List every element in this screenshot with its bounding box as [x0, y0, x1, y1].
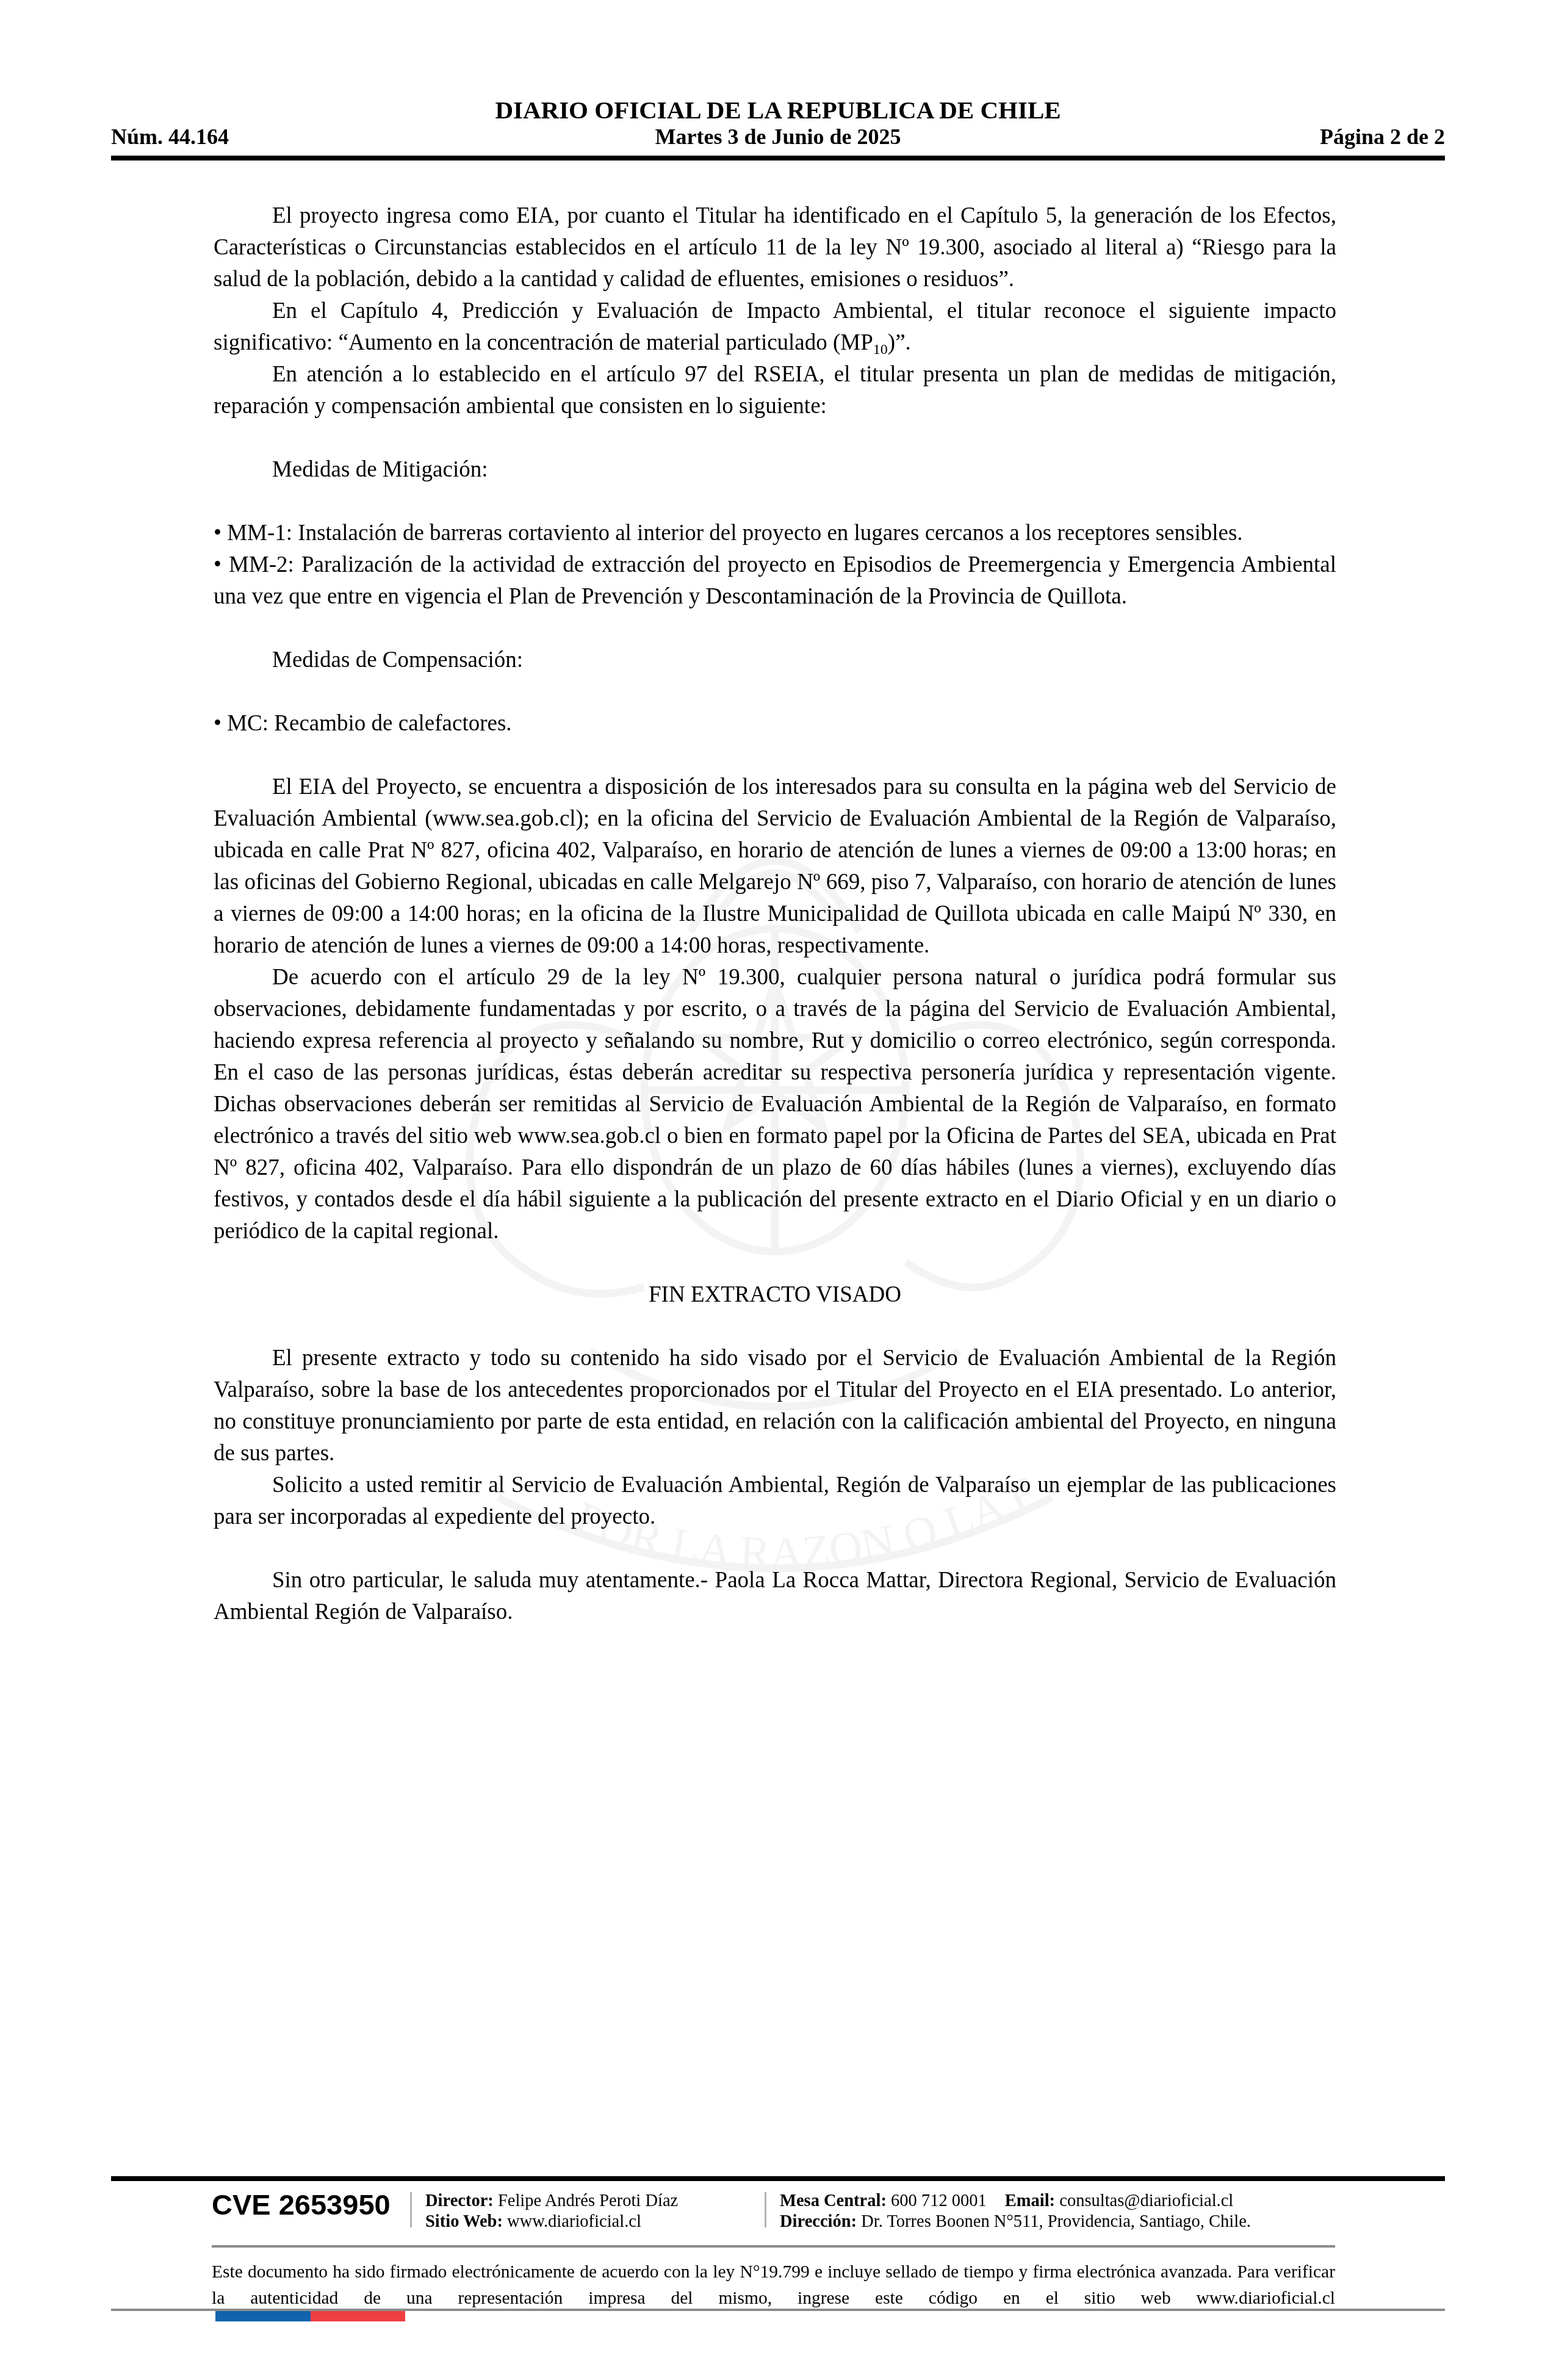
director-name: Felipe Andrés Peroti Díaz	[498, 2191, 678, 2210]
paragraph-impact: En el Capítulo 4, Predicción y Evaluació…	[214, 295, 1336, 359]
masthead-title: DIARIO OFICIAL DE LA REPUBLICA DE CHILE	[111, 96, 1445, 123]
phone-label: Mesa Central:	[780, 2191, 887, 2210]
address-line: Dirección: Dr. Torres Boonen N°511, Prov…	[780, 2212, 1251, 2232]
email-label: Email:	[1005, 2191, 1055, 2210]
fin-extracto-heading: FIN EXTRACTO VISADO	[214, 1279, 1336, 1311]
paragraph-impact-tail: )”.	[888, 330, 911, 355]
cve-number: CVE 2653950	[212, 2188, 391, 2221]
paragraph-plan: En atención a lo establecido en el artíc…	[214, 359, 1336, 422]
paragraph-intro: El proyecto ingresa como EIA, por cuanto…	[214, 200, 1336, 295]
flag-red-segment	[311, 2311, 405, 2321]
bullet-mm1: • MM-1: Instalación de barreras cortavie…	[214, 517, 1336, 549]
flag-blue-segment	[215, 2311, 311, 2321]
director-label: Director:	[425, 2191, 494, 2210]
chile-flag-bar	[215, 2311, 405, 2321]
header-rule	[111, 156, 1445, 160]
mp10-subscript: 10	[873, 342, 888, 358]
footer-rule	[111, 2176, 1445, 2181]
compensation-heading: Medidas de Compensación:	[214, 644, 1336, 676]
address-label: Dirección:	[780, 2212, 857, 2231]
document-body: El proyecto ingresa como EIA, por cuanto…	[214, 200, 1336, 1628]
header-row: Núm. 44.164 Martes 3 de Junio de 2025 Pá…	[111, 124, 1445, 151]
paragraph-observaciones: De acuerdo con el artículo 29 de la ley …	[214, 962, 1336, 1247]
footer-divider-2	[765, 2192, 766, 2227]
mitigation-heading: Medidas de Mitigación:	[214, 454, 1336, 486]
phone-email-line: Mesa Central: 600 712 0001Email: consult…	[780, 2191, 1251, 2212]
address-value: Dr. Torres Boonen N°511, Providencia, Sa…	[861, 2212, 1251, 2231]
bullet-mm2: • MM-2: Paralización de la actividad de …	[214, 549, 1336, 613]
footer-contact-block: Mesa Central: 600 712 0001Email: consult…	[780, 2191, 1251, 2232]
legal-notice: Este documento ha sido firmado electróni…	[212, 2259, 1335, 2312]
gazette-page: POR LA RAZON O LA FUERZA DIARIO OFICIAL …	[0, 0, 1556, 2380]
footer-divider-1	[410, 2192, 412, 2227]
paragraph-solicito: Solicito a usted remitir al Servicio de …	[214, 1469, 1336, 1533]
footer-director-block: Director: Felipe Andrés Peroti Díaz Siti…	[425, 2191, 678, 2232]
footer-separator-rule	[212, 2245, 1335, 2248]
paragraph-impact-text: En el Capítulo 4, Predicción y Evaluació…	[214, 298, 1336, 355]
email-value: consultas@diarioficial.cl	[1059, 2191, 1233, 2210]
paragraph-visado: El presente extracto y todo su contenido…	[214, 1343, 1336, 1469]
website-line: Sitio Web: www.diarioficial.cl	[425, 2212, 678, 2232]
website-value: www.diarioficial.cl	[507, 2212, 641, 2231]
bullet-mc: • MC: Recambio de calefactores.	[214, 708, 1336, 740]
paragraph-despedida: Sin otro particular, le saluda muy atent…	[214, 1565, 1336, 1628]
issue-date: Martes 3 de Junio de 2025	[111, 124, 1445, 149]
paragraph-consulta: El EIA del Proyecto, se encuentra a disp…	[214, 771, 1336, 962]
website-label: Sitio Web:	[425, 2212, 503, 2231]
director-line: Director: Felipe Andrés Peroti Díaz	[425, 2191, 678, 2212]
page-indicator: Página 2 de 2	[1320, 124, 1445, 149]
phone-value: 600 712 0001	[891, 2191, 987, 2210]
